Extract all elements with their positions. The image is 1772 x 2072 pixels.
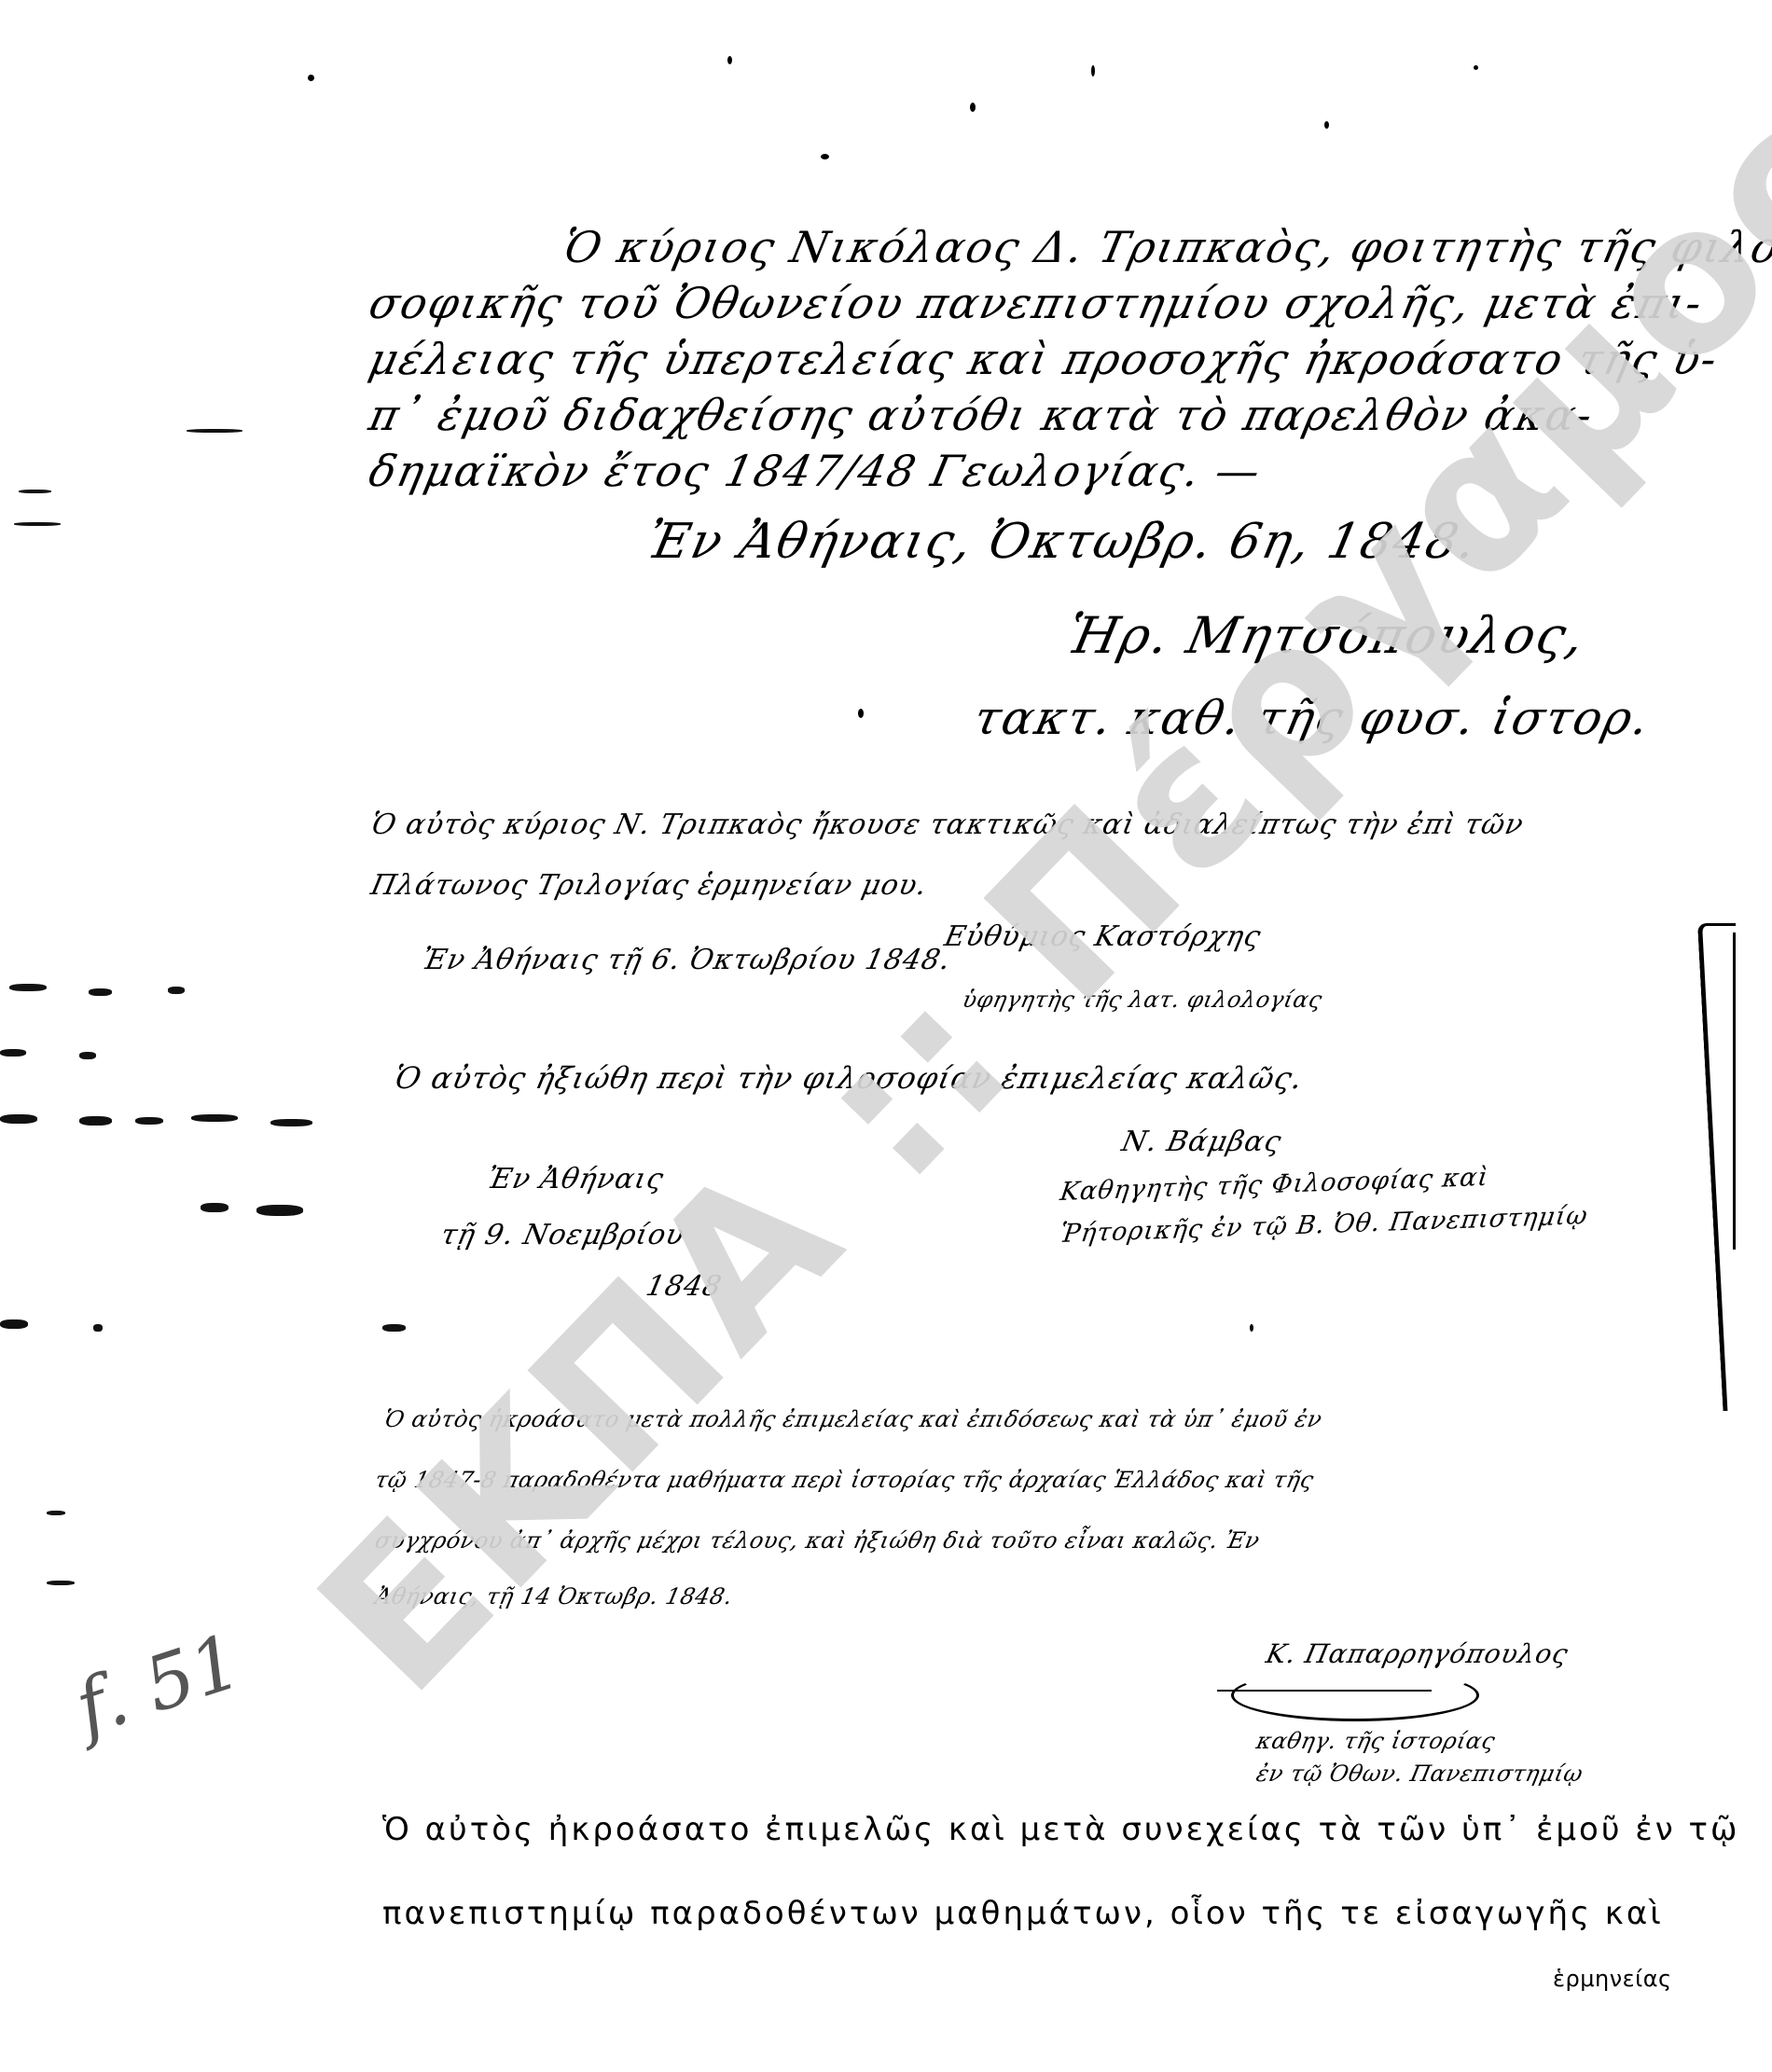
text-line: Ὁ αὐτὸς ἠκροάσατο ἐπιμελῶς καὶ μετὰ συνε… bbox=[382, 1814, 1739, 1845]
ink-speck bbox=[1474, 65, 1478, 70]
ink-speck bbox=[1091, 65, 1095, 76]
text-line: συγχρόνου ἀπ᾿ ἀρχῆς μέχρι τέλους, καὶ ἠξ… bbox=[373, 1529, 1262, 1552]
bleed-mark bbox=[79, 1116, 112, 1126]
signature-underline bbox=[1217, 1690, 1432, 1692]
date-line: Ἀθήναις, τῇ 14 Ὀκτωβρ. 1848. bbox=[373, 1585, 735, 1608]
ink-speck bbox=[727, 56, 732, 64]
ink-speck bbox=[821, 154, 829, 159]
text-line: Πλάτωνος Τριλογίας ἑρμηνείαν μου. bbox=[368, 872, 930, 900]
text-line: Ὁ αὐτὸς κύριος Ν. Τριπκαὸς ἤκουσε τακτικ… bbox=[368, 811, 1526, 839]
signature: Ν. Βάμβας bbox=[1119, 1128, 1284, 1156]
bleed-mark bbox=[191, 1114, 238, 1122]
text-line: μέλειας τῆς ὑπερτελείας καὶ προσοχῆς ἠκρ… bbox=[366, 338, 1723, 380]
bleed-mark bbox=[168, 987, 185, 994]
bleed-mark bbox=[135, 1117, 163, 1125]
date-line: Ἐν Ἀθήναις bbox=[485, 1166, 667, 1194]
text-line: δημαϊκὸν ἔτος 1847/48 Γεωλογίας. — bbox=[366, 449, 1266, 492]
text-line: σοφικῆς τοῦ Ὀθωνείου πανεπιστημίου σχολῆ… bbox=[366, 282, 1708, 325]
signature-title: Ῥήτορικῆς ἐν τῷ Β. Ὀθ. Πανεπιστημίῳ bbox=[1059, 1203, 1590, 1247]
date-line: τῇ 9. Νοεμβρίου bbox=[438, 1222, 687, 1250]
folio-number: f. 51 bbox=[65, 1618, 251, 1752]
bleed-mark bbox=[93, 1324, 103, 1332]
text-line: τῷ 1847-8 παραδοθέντα μαθήματα περὶ ἱστο… bbox=[373, 1469, 1316, 1491]
ink-speck bbox=[970, 103, 976, 112]
bleed-mark bbox=[187, 429, 242, 433]
bleed-mark bbox=[201, 1203, 228, 1212]
margin-bracket bbox=[1697, 923, 1761, 1411]
bleed-mark bbox=[47, 1581, 75, 1585]
bleed-mark bbox=[256, 1205, 303, 1216]
date-line: Ἐν Ἀθήναις τῇ 6. Ὀκτωβρίου 1848. bbox=[420, 946, 953, 974]
signature: Εὐθύμιος Καστόρχης bbox=[942, 923, 1264, 951]
bleed-mark bbox=[14, 522, 61, 526]
signature: Κ. Παπαρρηγόπουλος bbox=[1264, 1641, 1571, 1667]
signature-title: ὑφηγητὴς τῆς λατ. φιλολογίας bbox=[961, 988, 1324, 1011]
text-line: π᾿ ἐμοῦ διδαχθείσης αὐτόθι κατὰ τὸ παρελ… bbox=[366, 394, 1598, 436]
bleed-mark bbox=[0, 1114, 37, 1124]
text-line: Ὁ αὐτὸς ἠξιώθη περὶ τὴν φιλοσοφίαν ἐπιμε… bbox=[392, 1063, 1306, 1093]
text-line: πανεπιστημίῳ παραδοθέντων μαθημάτων, οἷο… bbox=[382, 1898, 1664, 1929]
ink-speck bbox=[1250, 1324, 1253, 1332]
ink-speck bbox=[858, 709, 864, 718]
bleed-mark bbox=[0, 1049, 26, 1057]
signature-title: καθηγ. τῆς ἱστορίας bbox=[1254, 1730, 1497, 1752]
date-line: Ἐν Ἀθήναις, Ὀκτωβρ. 6η, 1848. bbox=[644, 518, 1482, 566]
bleed-mark bbox=[382, 1324, 406, 1332]
bleed-mark bbox=[0, 1319, 28, 1329]
text-line: Ὁ αὐτὸς ἠκροάσατο μετὰ πολλῆς ἐπιμελείας… bbox=[382, 1408, 1324, 1430]
ink-speck bbox=[308, 75, 314, 81]
bleed-mark bbox=[47, 1511, 65, 1515]
continuation-word: ἑρμηνείας bbox=[1553, 1968, 1672, 1990]
bleed-mark bbox=[79, 1052, 96, 1059]
text-line: Ὁ κύριος Νικόλαος Δ. Τριπκαὸς, φοιτητὴς … bbox=[560, 226, 1772, 269]
ink-speck bbox=[1324, 121, 1329, 129]
bleed-mark bbox=[89, 988, 112, 996]
signature-title: τακτ. καθ. τῆς φυσ. ἱστορ. bbox=[970, 695, 1654, 741]
signature-title: ἐν τῷ Ὀθων. Πανεπιστημίῳ bbox=[1254, 1762, 1585, 1785]
bleed-mark bbox=[9, 984, 47, 991]
signature-flourish bbox=[1231, 1669, 1479, 1721]
watermark: ΕΚΠΑ :: Πέργαμος bbox=[286, 378, 1597, 1724]
signature: Ἡρ. Μητσόπουλος, bbox=[1063, 611, 1590, 661]
signature-title: Καθηγητὴς τῆς Φιλοσοφίας καὶ bbox=[1059, 1165, 1490, 1205]
date-line: 1848 bbox=[644, 1273, 725, 1301]
bleed-mark bbox=[19, 490, 51, 493]
document-page: Ὁ κύριος Νικόλαος Δ. Τριπκαὸς, φοιτητὴς … bbox=[0, 0, 1772, 2072]
bleed-mark bbox=[270, 1119, 312, 1126]
margin-bracket-line bbox=[1733, 932, 1736, 1250]
